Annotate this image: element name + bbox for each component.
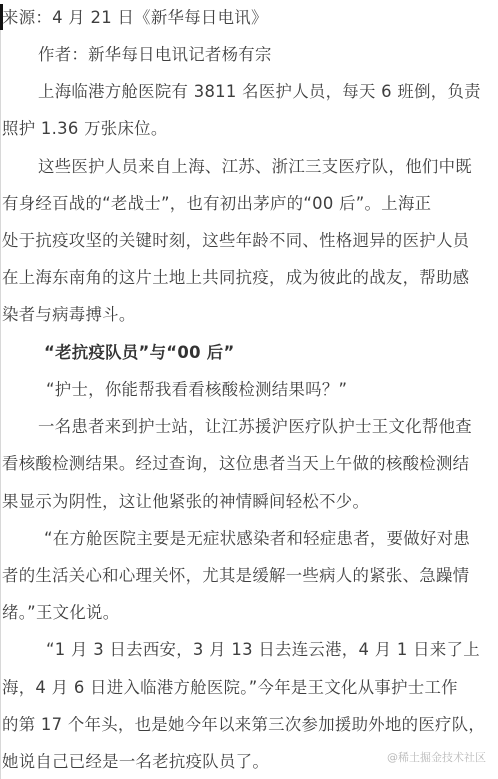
author-line: 作者：新华每日电讯记者杨有宗 [38,36,272,73]
paragraph-line: 这些医护人员来自上海、江苏、浙江三支医疗队，他们中既 [38,148,472,185]
paragraph-line: 照护 1.36 万张床位。 [2,110,168,147]
paragraph-line: 一名患者来到护士站，让江苏援沪医疗队护士王文化帮他查 [38,408,472,445]
paragraph-line: 海，4 月 6 日进入临港方舱医院。”今年是王文化从事护士工作 [2,669,458,706]
left-border [0,30,1,779]
paragraph-line: 果显示为阴性，这让他紧张的神情瞬间轻松不少。 [2,483,369,520]
paragraph-line: “在方舱医院主要是无症状感染者和轻症患者，要做好对患 [44,520,470,557]
paragraph-line: 者的生活关心和心理关怀，尤其是缓解一些病人的紧张、急躁情 [2,557,469,594]
paragraph-line: 染者与病毒搏斗。 [2,296,136,333]
paragraph-line: 在上海东南角的这片土地上共同抗疫，成为彼此的战友，帮助感 [2,259,469,296]
paragraph-line: 她说自己已经是一名老抗疫队员了。 [2,743,269,779]
watermark: @稀土掘金技术社区 [387,749,486,765]
paragraph-line: 有身经百战的“老战士”，也有初出茅庐的“00 后”。上海正 [2,185,431,222]
paragraph-line: “1 月 3 日去西安，3 月 13 日去连云港，4 月 1 日来了上 [46,631,480,668]
paragraph-line: 上海临港方舱医院有 3811 名医护人员，每天 6 班倒，负责 [38,73,481,110]
paragraph-line: 处于抗疫攻坚的关键时刻，这些年龄不同、性格迥异的医护人员 [2,222,469,259]
paragraph-line: “护士，你能帮我看看核酸检测结果吗？” [46,371,347,408]
paragraph-line: 绪。”王文化说。 [2,594,119,631]
section-heading: “老抗疫队员”与“00 后” [44,334,235,371]
paragraph-line: 的第 17 个年头，也是她今年以来第三次参加援助外地的医疗队， [2,706,485,743]
paragraph-line: 看核酸检测结果。经过查询，这位患者当天上午做的核酸检测结 [2,445,469,482]
source-line: 来源：4 月 21 日《新华每日电讯》 [2,0,268,36]
